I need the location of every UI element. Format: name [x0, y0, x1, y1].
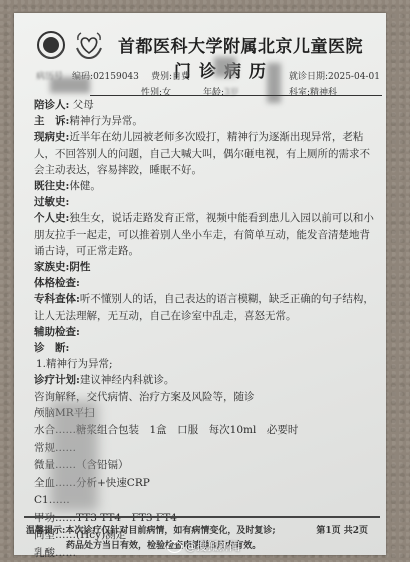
watermark: @搜狐新闻	[167, 538, 240, 554]
companion-row: 陪诊人: 父母	[34, 97, 379, 113]
medical-record-sheet: 首都医科大学附属北京儿童医院 门诊病历 病历号 编码:02159043 费别:自…	[14, 13, 386, 555]
past-history-row: 既往史:体健。	[34, 178, 379, 194]
hospital-name: 首都医科大学附属北京儿童医院	[118, 32, 363, 57]
redaction-blur	[50, 401, 98, 511]
chief-complaint-row: 主 诉:精神行为异常。	[34, 113, 379, 129]
fee-type: 费别:自费	[151, 69, 190, 82]
visit-date: 就诊日期:2025-04-01	[289, 69, 380, 82]
redaction-blur	[50, 77, 90, 93]
family-history-row: 家族史:阴性	[34, 259, 379, 275]
header-divider	[90, 95, 382, 96]
diagnosis-item: 1.精神行为异常;	[34, 356, 379, 372]
allergy-row: 过敏史:	[34, 194, 379, 210]
heart-logo-icon	[74, 30, 104, 60]
diagnosis-row: 诊 断:	[34, 340, 379, 356]
weibo-icon	[167, 541, 182, 553]
footer-notice: 温馨提示:本次诊疗仅针对目前病情，如有病情变化，及时复诊;	[26, 523, 276, 536]
personal-history-row: 个人史:独生女，说话走路发育正常，视频中能看到患儿入园以前可以和小朋友拉手一起走…	[34, 210, 379, 259]
page-info: 第1页 共2页	[316, 523, 368, 536]
emblem-logo-icon	[36, 30, 66, 60]
footer-divider	[24, 516, 380, 518]
physical-exam-row: 体格检查:	[34, 275, 379, 291]
redaction-blur	[214, 57, 236, 77]
present-illness-row: 现病史:近半年在幼儿园被老师多次殴打，精神行为逐渐出现异常，老粘人，不回答别人的…	[34, 129, 379, 178]
plan-row: 诊疗计划:建议神经内科就诊。	[34, 372, 379, 388]
specialist-exam-row: 专科查体:听不懂别人的话，自己表达的语言模糊，缺乏正确的句子结构，让人无法理解，…	[34, 291, 379, 323]
auxiliary-exam-row: 辅助检查:	[34, 324, 379, 340]
hospital-logos	[36, 30, 104, 60]
